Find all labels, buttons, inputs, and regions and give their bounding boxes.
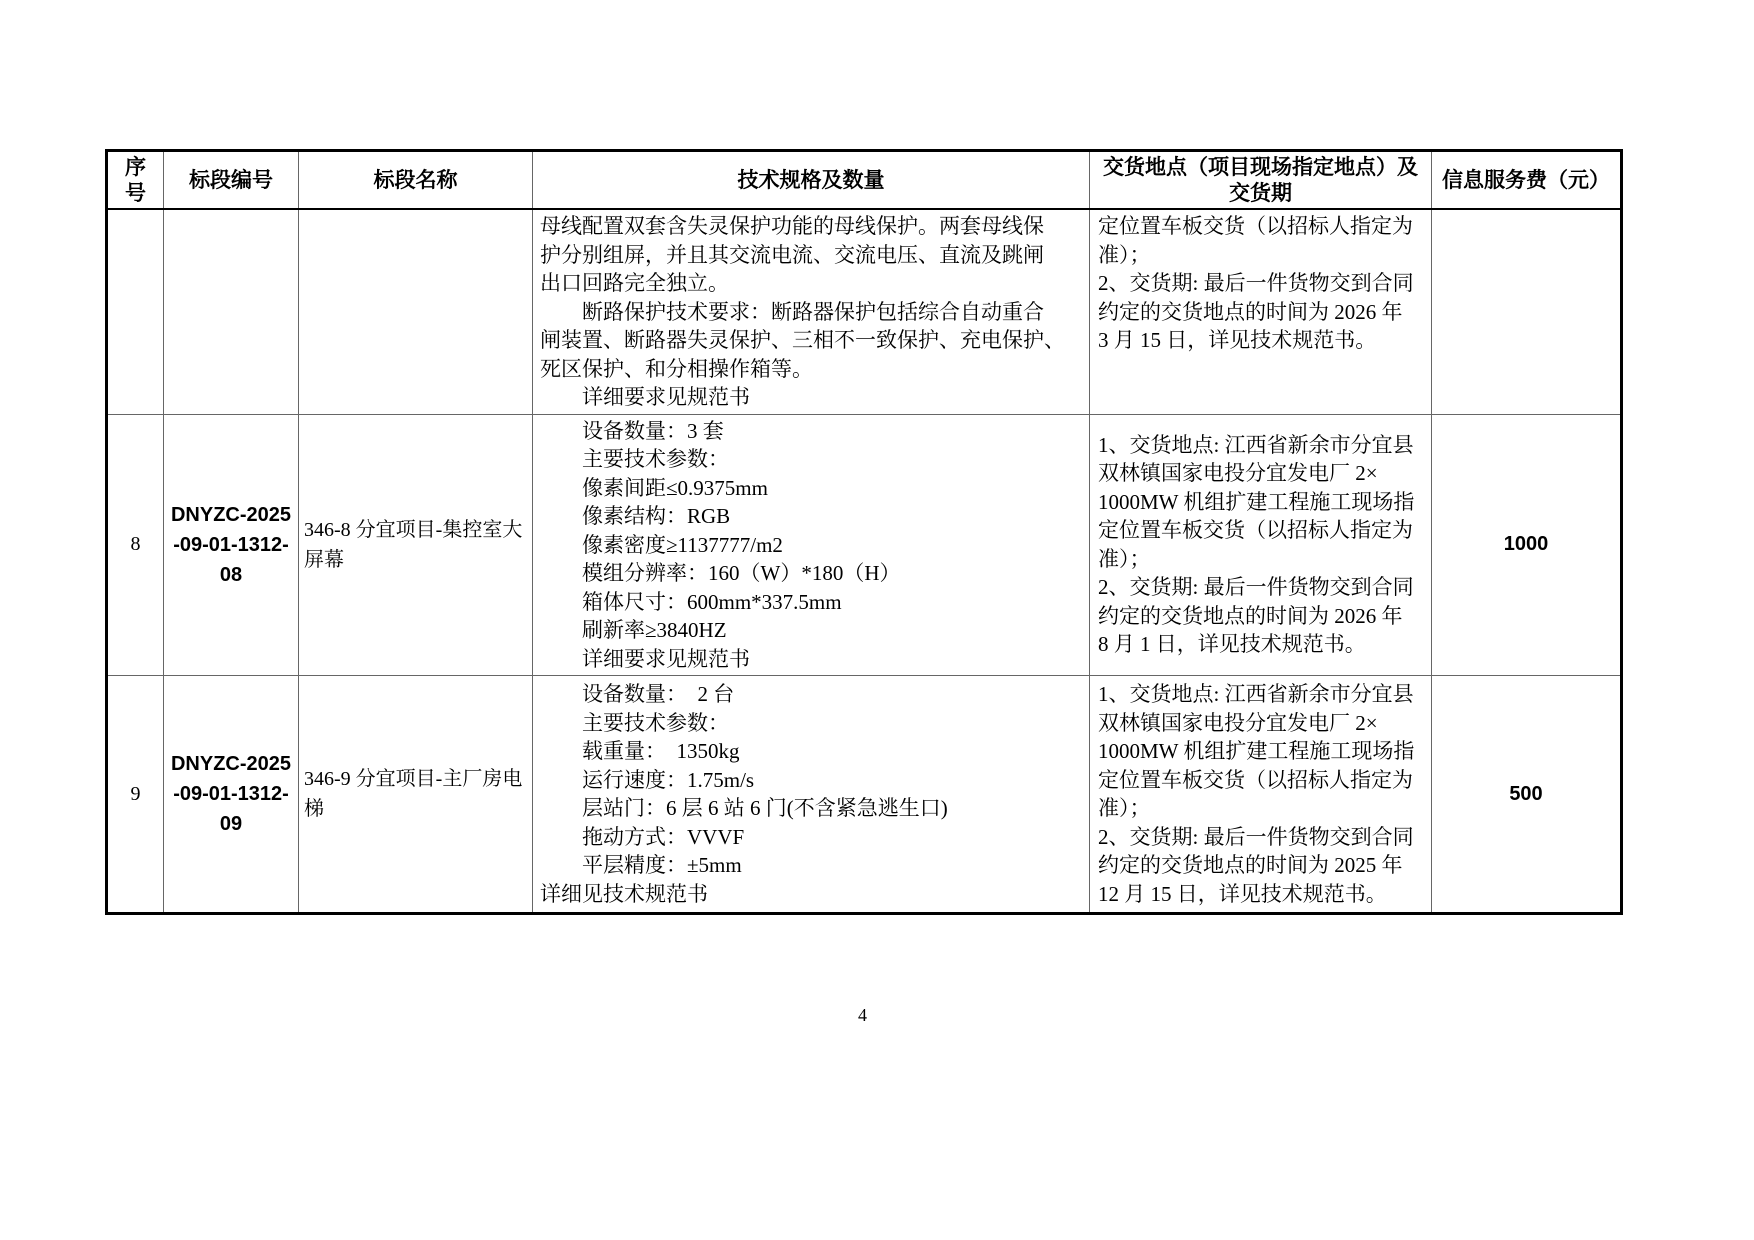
table-header-row: 序 号 标段编号 标段名称 技术规格及数量 交货地点（项目现场指定地点）及 交货… [107,151,1622,210]
section-name-cell: 346-8 分宜项目-集控室大屏幕 [299,414,533,676]
spec-cell: 母线配置双套含失灵保护功能的母线保护。两套母线保 护分别组屏，并且其交流电流、交… [533,209,1090,414]
table-row-9: 9 DNYZC-2025 -09-01-1312- 09 346-9 分宜项目-… [107,676,1622,914]
seq-cell: 9 [107,676,164,914]
document-page: 序 号 标段编号 标段名称 技术规格及数量 交货地点（项目现场指定地点）及 交货… [0,0,1754,1240]
section-name-cell: 346-9 分宜项目-主厂房电梯 [299,676,533,914]
header-section-no: 标段编号 [164,151,299,210]
tender-sections-table: 序 号 标段编号 标段名称 技术规格及数量 交货地点（项目现场指定地点）及 交货… [105,149,1623,915]
fee-cell: 1000 [1432,414,1622,676]
spec-cell: 设备数量：3 套 主要技术参数： 像素间距≤0.9375mm 像素结构：RGB … [533,414,1090,676]
delivery-cell: 1、交货地点: 江西省新余市分宜县 双林镇国家电投分宜发电厂 2× 1000MW… [1090,676,1432,914]
fee-cell: 500 [1432,676,1622,914]
section-no-cell: DNYZC-2025 -09-01-1312- 09 [164,676,299,914]
seq-cell: 8 [107,414,164,676]
header-fee: 信息服务费（元） [1432,151,1622,210]
table-row-continuation: 母线配置双套含失灵保护功能的母线保护。两套母线保 护分别组屏，并且其交流电流、交… [107,209,1622,414]
delivery-cell: 定位置车板交货（以招标人指定为 准）； 2、交货期: 最后一件货物交到合同 约定… [1090,209,1432,414]
page-number: 4 [105,1003,1620,1027]
seq-cell [107,209,164,414]
section-no-cell: DNYZC-2025 -09-01-1312- 08 [164,414,299,676]
header-seq: 序 号 [107,151,164,210]
table-row-8: 8 DNYZC-2025 -09-01-1312- 08 346-8 分宜项目-… [107,414,1622,676]
header-spec: 技术规格及数量 [533,151,1090,210]
header-delivery: 交货地点（项目现场指定地点）及 交货期 [1090,151,1432,210]
spec-cell: 设备数量： 2 台 主要技术参数： 载重量： 1350kg 运行速度：1.75m… [533,676,1090,914]
section-name-cell [299,209,533,414]
section-no-cell [164,209,299,414]
header-section-name: 标段名称 [299,151,533,210]
delivery-cell: 1、交货地点: 江西省新余市分宜县 双林镇国家电投分宜发电厂 2× 1000MW… [1090,414,1432,676]
fee-cell [1432,209,1622,414]
